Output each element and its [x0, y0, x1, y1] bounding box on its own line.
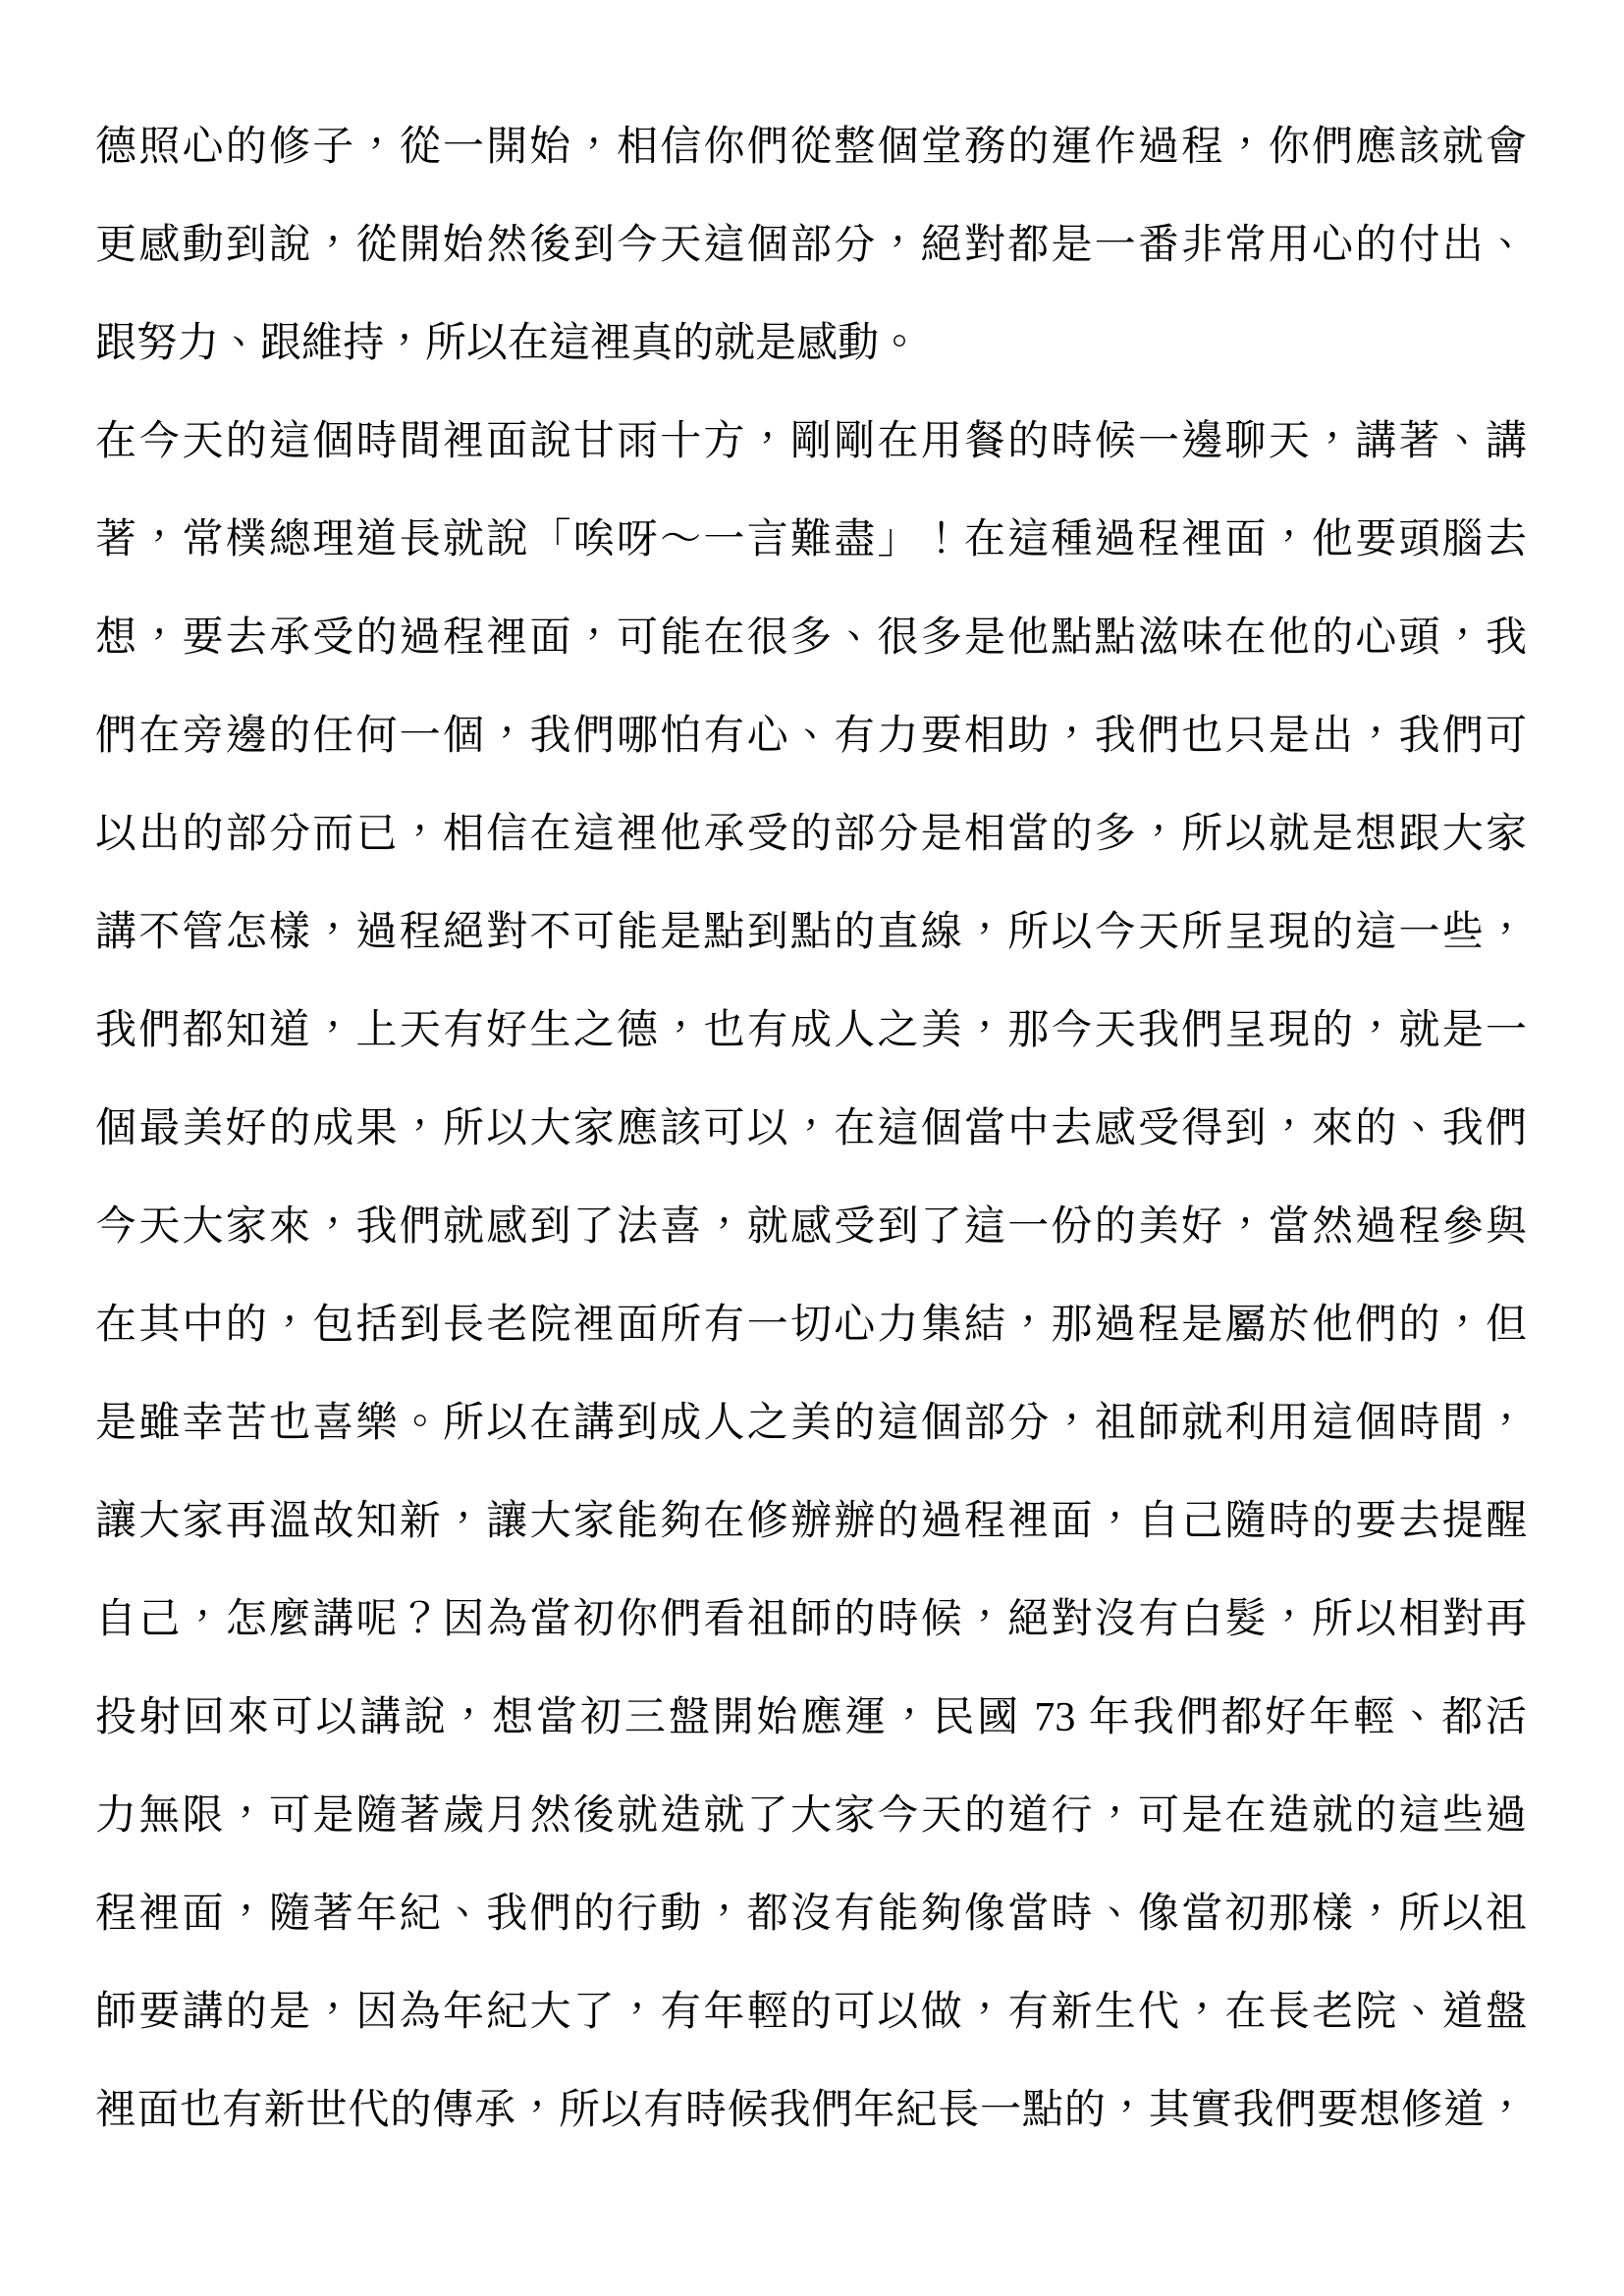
text-line: 想，要去承受的過程裡面，可能在很多、很多是他點點滋味在他的心頭，我 [95, 589, 1527, 687]
text-line: 們在旁邊的任何一個，我們哪怕有心、有力要相助，我們也只是出，我們可 [95, 687, 1527, 785]
text-line: 裡面也有新世代的傳承，所以有時候我們年紀長一點的，其實我們要想修道， [95, 2061, 1527, 2160]
text-line: 我們都知道，上天有好生之德，也有成人之美，那今天我們呈現的，就是一 [95, 982, 1527, 1080]
text-line: 在今天的這個時間裡面說甘雨十方，剛剛在用餐的時候一邊聊天，講著、講 [95, 393, 1527, 491]
text-line: 讓大家再溫故知新，讓大家能夠在修辦辦的過程裡面，自己隨時的要去提醒 [95, 1472, 1527, 1571]
document-page: 德照心的修子，從一開始，相信你們從整個堂務的運作過程，你們應該就會 更感動到說，… [0, 0, 1624, 2296]
text-line: 今天大家來，我們就感到了法喜，就感受到了這一份的美好，當然過程參與 [95, 1178, 1527, 1276]
text-line: 自己，怎麼講呢？因為當初你們看祖師的時候，絕對沒有白髮，所以相對再 [95, 1571, 1527, 1669]
text-block: 德照心的修子，從一開始，相信你們從整個堂務的運作過程，你們應該就會 更感動到說，… [95, 98, 1527, 2160]
text-line: 德照心的修子，從一開始，相信你們從整個堂務的運作過程，你們應該就會 [95, 98, 1527, 196]
text-line: 在其中的，包括到長老院裡面所有一切心力集結，那過程是屬於他們的，但 [95, 1276, 1527, 1374]
text-line: 跟努力、跟維持，所以在這裡真的就是感動。 [95, 294, 1527, 393]
text-line: 投射回來可以講說，想當初三盤開始應運，民國 73 年我們都好年輕、都活 [95, 1669, 1527, 1767]
text-line: 著，常樸總理道長就說「唉呀～一言難盡」！在這種過程裡面，他要頭腦去 [95, 491, 1527, 589]
text-line: 程裡面，隨著年紀、我們的行動，都沒有能夠像當時、像當初那樣，所以祖 [95, 1865, 1527, 1963]
text-line: 個最美好的成果，所以大家應該可以，在這個當中去感受得到，來的、我們 [95, 1080, 1527, 1178]
text-line: 更感動到說，從開始然後到今天這個部分，絕對都是一番非常用心的付出、 [95, 196, 1527, 294]
text-line: 是雖幸苦也喜樂。所以在講到成人之美的這個部分，祖師就利用這個時間， [95, 1374, 1527, 1472]
text-line: 力無限，可是隨著歲月然後就造就了大家今天的道行，可是在造就的這些過 [95, 1767, 1527, 1865]
text-line: 以出的部分而已，相信在這裡他承受的部分是相當的多，所以就是想跟大家 [95, 785, 1527, 883]
text-line: 師要講的是，因為年紀大了，有年輕的可以做，有新生代，在長老院、道盤 [95, 1963, 1527, 2061]
text-line: 講不管怎樣，過程絕對不可能是點到點的直線，所以今天所呈現的這一些， [95, 883, 1527, 982]
